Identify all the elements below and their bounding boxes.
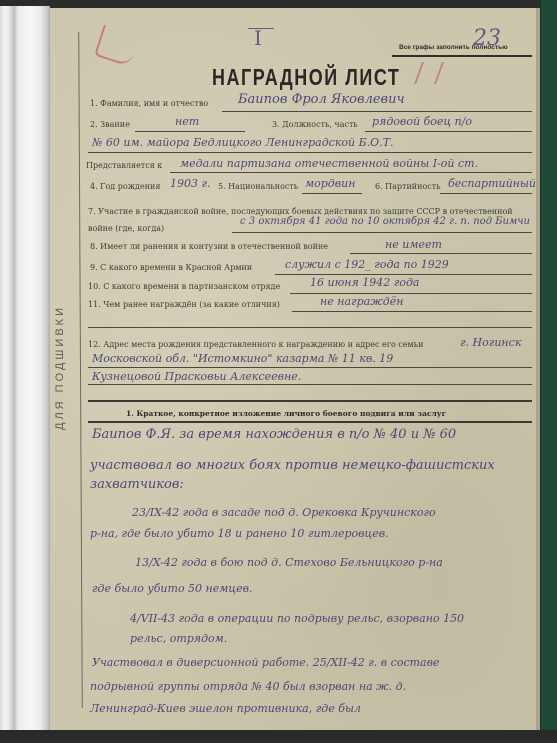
field-rule (222, 111, 532, 112)
field-label-name: 1. Фамилия, имя и отчество (90, 99, 208, 108)
narrative-line: участвовал во многих боях против немецко… (90, 458, 495, 473)
field-label-position: 3. Должность, часть (272, 120, 358, 129)
field-rule (88, 384, 532, 385)
narrative-line: захватчиков: (90, 477, 184, 492)
narrative-line: подрывной группы отряда № 40 был взорван… (90, 680, 406, 693)
field-rule (365, 131, 532, 132)
field-value-position-cont: № 60 им. майора Бедлицкого Ленинградской… (92, 136, 394, 149)
field-rule (275, 274, 532, 275)
field-value-party: беспартийный (448, 177, 536, 190)
field-rule (88, 152, 532, 153)
field-label-rank: 2. Звание (90, 120, 130, 129)
margin-label: ДЛЯ ПОДШИВКИ (54, 270, 78, 430)
field-label-partisan-since: 10. С какого времени в партизанском отря… (88, 282, 280, 291)
narrative-line: 23/IX-42 года в засаде под д. Орековка К… (132, 506, 436, 519)
field-value-position: рядовой боец п/о (372, 115, 472, 128)
field-value-birth-year: 1903 г. (170, 177, 211, 190)
section-rule-bottom (88, 421, 532, 423)
field-value-name: Баипов Фрол Яковлевич (238, 92, 405, 107)
bottom-shadow (0, 730, 557, 743)
narrative-line: Ленинград-Киев эшелон противника, где бы… (90, 702, 361, 715)
field-rule (302, 193, 362, 194)
field-value-address: г. Ногинск (460, 336, 521, 349)
field-rule (440, 193, 532, 194)
field-rule (290, 293, 532, 294)
narrative-line: 4/VII-43 года в операции по подрыву рель… (130, 612, 464, 625)
field-value-nationality: мордвин (305, 177, 356, 190)
field-rule (88, 367, 532, 368)
field-value-address-cont: Московской обл. "Истомкино" казарма № 11… (92, 352, 393, 365)
fill-instruction: Все графы заполнить полностью (399, 44, 508, 51)
binding-strip (0, 6, 50, 736)
field-value-red-army: служил с 192_ года по 1929 (285, 258, 449, 271)
field-rule (88, 327, 532, 328)
narrative-line: Участвовал в диверсионной работе. 25/XII… (92, 656, 440, 669)
field-value-war-service: с 3 октября 41 года по 10 октября 42 г. … (240, 216, 530, 227)
fill-instruction-underline (392, 55, 532, 57)
field-rule (232, 232, 532, 233)
section-rule-top (88, 400, 532, 402)
field-value-prior-awards: не награждён (320, 295, 403, 308)
section-title: 1. Краткое, конкретное изложение личного… (126, 409, 446, 418)
narrative-line: рельс, отрядом. (130, 632, 227, 645)
narrative-line: р-на, где было убито 18 и ранено 10 гитл… (90, 527, 389, 540)
narrative-line: 13/X-42 года в бою под д. Стехово Бельни… (135, 556, 443, 569)
field-value-award: медали партизана отечественной войны I-о… (180, 157, 478, 170)
field-rule (292, 311, 532, 312)
field-label-address: 12. Адрес места рождения представленного… (88, 340, 423, 349)
field-label-wounds: 8. Имеет ли ранения и контузии в отечест… (90, 242, 328, 251)
field-label-party: 6. Партийность (375, 182, 441, 191)
field-value-wounds: не имеет (385, 238, 442, 251)
field-label-presented: Представляется к (86, 161, 162, 170)
field-label-prior-awards: 11. Чем ранее награждён (за какие отличи… (88, 300, 280, 309)
field-rule (170, 172, 532, 173)
field-rule (135, 131, 245, 132)
field-label-nationality: 5. Национальность (218, 182, 298, 191)
narrative-line: где было убито 50 немцев. (92, 582, 253, 595)
field-value-address-cont2: Кузнецовой Прасковьи Алексеевне. (92, 370, 301, 383)
field-label-birth-year: 4. Год рождения (90, 182, 160, 191)
roman-number: I (254, 26, 262, 50)
right-dark-edge (541, 0, 557, 743)
field-rule (350, 253, 532, 254)
field-value-rank: нет (175, 115, 199, 128)
document-title: НАГРАДНОЙ ЛИСТ (212, 64, 400, 91)
field-label-red-army: 9. С какого времени в Красной Армии (90, 263, 252, 272)
narrative-line: Баипов Ф.Я. за время нахождения в п/о № … (92, 427, 456, 442)
field-value-partisan-since: 16 июня 1942 года (310, 276, 420, 289)
paper-edge (536, 8, 540, 732)
